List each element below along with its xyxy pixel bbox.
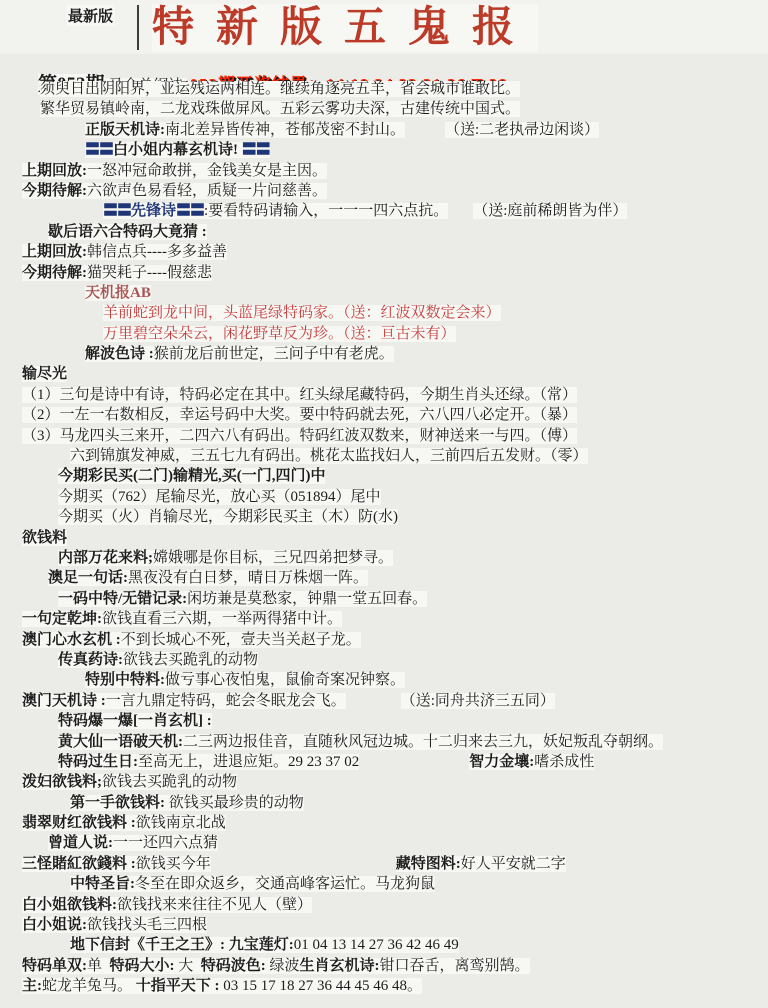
tebie-zhongteliao: 特别中特料:做亏事心夜怕鬼，鼠偷奇案况钟察。 — [0, 670, 768, 690]
text-segment: 欲钱找头毛三四根 — [87, 917, 207, 933]
text-segment: （送:庭前稀朗皆为伴） — [473, 203, 627, 219]
tianji-report-line-2: 万里碧空朵朵云，闲花野草反为珍。（送：亘古未有） — [0, 324, 768, 344]
text-segment: 黄大仙一语破天机: — [58, 734, 183, 750]
text-segment: 主: — [22, 978, 42, 994]
edition-label: 最新版 — [66, 5, 115, 26]
zongwang-poem-line-2: 繁华贸易镇岭南，二龙戏珠做屏风。五彩云雾功夫深，古建传统中国式。 — [0, 99, 768, 119]
xiehouyu-this-issue: 今期待解:猫哭耗子----假慈悲 — [0, 263, 768, 283]
text-segment: 03 15 17 18 27 36 44 45 46 48。 — [220, 978, 423, 994]
diyishou-yuqianliao: 第一手欲钱料: 欲钱买最珍贵的动物 — [0, 793, 768, 813]
five-ghost-report-page: 最新版 特新版五鬼报 第053期 马会总纲诗:052期开奖结果：14 18 24… — [0, 0, 768, 1008]
text-segment: 钳口吞舌，离鸾别鹄。 — [380, 958, 530, 974]
text-segment: 地下信封《千王之王》: — [70, 937, 229, 953]
text-segment: 六欲声色易看轻，质疑一片问慈善。 — [87, 183, 327, 199]
page-title: 特新版五鬼报 — [152, 4, 538, 52]
text-segment: 须臾日出阴阳界，亚运残运两相连。继续角逐亮五羊，省会城市谁敢比。 — [40, 81, 520, 97]
text-segment: 欲钱去买跪乳的动物 — [123, 652, 258, 668]
zongwang-poem-line-1: 须臾日出阴阳界，亚运残运两相连。继续角逐亮五羊，省会城市谁敢比。 — [0, 79, 768, 99]
text-segment: 中特圣旨: — [70, 876, 135, 892]
text-segment: 至高无上，进退应矩。29 23 37 02 — [138, 754, 359, 770]
text-segment: 特码大小: — [110, 958, 175, 974]
text-segment: 欲钱买今年 — [136, 856, 211, 872]
zhengban-tianji-poem: 正版天机诗:南北差异皆传神，苍郁茂密不封山。（送:二老执帚边闲谈） — [0, 120, 768, 140]
element-tip: 今期买（火）肖输尽光，今期彩民买主（木）防(水) — [0, 507, 768, 527]
text-segment: 一一还四六点猜 — [113, 835, 218, 851]
text-segment: 输尽光 — [22, 366, 67, 382]
sanguai-yuqianliao: 三怪賭紅欲錢料 :欲钱买今年藏特图料:好人平安就二字 — [0, 854, 768, 874]
text-segment: （1）三句是诗中有诗，特码必定在其中。红头绿尾藏特码，今期生肖头还绿。（常） — [22, 387, 577, 403]
text-segment: 翡翠财红欲钱料 : — [22, 815, 136, 831]
text-segment: 羊前蛇到龙中间，头蓝尾绿特码家。（送：红波双数定会来） — [103, 305, 501, 321]
xianfeng-poem: 〓〓先锋诗〓〓:要看特码请输入，一一一四六点抗。（送:庭前稀朗皆为伴） — [0, 201, 768, 221]
shujinguang-item-1: （1）三句是诗中有诗，特码必定在其中。红头绿尾藏特码，今期生肖头还绿。（常） — [0, 385, 768, 405]
text-segment: 上期回放: — [22, 163, 87, 179]
text-segment: 韩信点兵----多多益善 — [87, 244, 227, 260]
text-segment: 一句定乾坤: — [22, 611, 102, 627]
text-segment: 做亏事心夜怕鬼，鼠偷奇案况钟察。 — [165, 672, 405, 688]
text-segment: 泼妇欲钱料; — [22, 774, 102, 790]
tema-attributes: 特码单双:单 特码大小: 大 特码波色: 绿波生肖玄机诗:钳口吞舌，离鸾别鹄。 — [0, 956, 768, 976]
text-segment: 天机报AB — [85, 285, 151, 301]
text-segment: （送:二老执帚边闲谈） — [445, 122, 599, 138]
aomen-tianji-poem: 澳门天机诗 :一言九鼎定特码，蛇会冬眠龙会飞。（送:同舟共济三五同） — [0, 691, 768, 711]
text-segment: 欲钱南京北战 — [136, 815, 226, 831]
main-zodiac-numbers: 主:蛇龙羊兔马。 十指平天下 : 03 15 17 18 27 36 44 45… — [0, 976, 768, 996]
last-issue-review: 上期回放:一怒冲冠命敢拼，金钱美女是主因。 — [0, 161, 768, 181]
text-segment: 今期彩民买(二门)输精光,买(一门,四门)中 — [58, 468, 325, 484]
text-segment: 大 — [175, 958, 201, 974]
chuanzhen-yaoshi: 传真药诗:欲钱去买跪乳的动物 — [0, 650, 768, 670]
text-segment: 冬至在即众返乡，交通高峰客运忙。马龙狗鼠 — [135, 876, 435, 892]
feicui-yuqianliao: 翡翠财红欲钱料 :欲钱南京北战 — [0, 813, 768, 833]
text-segment: 猴前龙后前世定，三问子中有老虎。 — [154, 346, 394, 362]
text-segment: 欲钱去买跪乳的动物 — [102, 774, 237, 790]
text-segment: 先锋诗 — [131, 203, 176, 219]
text-segment: 澳门天机诗 : — [22, 693, 106, 709]
text-segment: 黑夜没有白日梦，晴日万株烟一阵。 — [128, 570, 368, 586]
text-segment: 猫哭耗子----假慈悲 — [87, 265, 212, 281]
baixiaojie-xuanji-heading: 〓〓白小姐内幕玄机诗! 〓〓 — [0, 140, 768, 160]
neibu-wanhua: 内部万花来料;嫦娥哪是你目标，三兄四弟把梦寻。 — [0, 548, 768, 568]
text-segment: 内部万花来料; — [58, 550, 153, 566]
tianji-report-heading: 天机报AB — [0, 283, 768, 303]
text-segment: 曾道人说: — [48, 835, 113, 851]
text-segment: 今期买（火）肖输尽光，今期彩民买主（木）防(水) — [58, 509, 398, 525]
yuqianliao-heading: 欲钱料 — [0, 528, 768, 548]
aomen-xinshui: 澳门心水玄机 :不到长城心不死，壹夫当关赵子龙。 — [0, 630, 768, 650]
text-segment: 欲钱直看三六期，一举两得猪中计。 — [102, 611, 342, 627]
text-segment: 三怪賭紅欲錢料 : — [22, 856, 136, 872]
tema-baoyibao-heading: 特码爆一爆[一肖玄机] : — [0, 711, 768, 731]
text-segment: 白小姐内幕玄机诗! — [113, 142, 242, 158]
text-segment: 上期回放: — [22, 244, 87, 260]
text-segment: 南北差异皆传神，苍郁茂密不封山。 — [165, 122, 405, 138]
text-segment: 今期待解: — [22, 183, 87, 199]
text-segment: 万里碧空朵朵云，闲花野草反为珍。（送：亘古未有） — [103, 326, 456, 342]
huangdaxian: 黄大仙一语破天机:二三两边报佳音，直随秋风冠边城。十二归来去三九，妖妃叛乱夺朝纲… — [0, 732, 768, 752]
text-segment: 单 — [87, 958, 110, 974]
dixia-xinfeng: 地下信封《千王之王》: 九宝莲灯:01 04 13 14 27 36 42 46… — [0, 935, 768, 955]
text-segment: （3）马龙四头三来开，二四六八有码出。特码红波双数来，财神送来一与四。（傅） — [22, 428, 577, 444]
text-segment: 欲钱料 — [22, 530, 67, 546]
text-segment: 传真药诗: — [58, 652, 123, 668]
baixiaojie-yuqianliao: 白小姐欲钱料:欲钱找来来往往不见人（壁） — [0, 895, 768, 915]
text-segment: 欲钱找来来往往不见人（壁） — [117, 897, 312, 913]
text-segment: 特码爆一爆[一肖玄机] : — [58, 713, 212, 729]
text-segment: 繁华贸易镇岭南，二龙戏珠做屏风。五彩云雾功夫深，古建传统中国式。 — [40, 101, 520, 117]
text-segment: 今期买（762）尾输尽光，放心买（051894）尾中 — [58, 489, 381, 505]
text-segment: 闲坊兼是莫愁家，钟鼎一堂五回春。 — [187, 591, 427, 607]
shujinguang-extra: 六到锦旗发神威，三五七九有码出。桃花太监找妇人，三前四后五发财。（零） — [0, 446, 768, 466]
text-segment: 十指平天下 : — [136, 978, 220, 994]
text-segment: 白小姐说: — [22, 917, 87, 933]
text-segment: 二三两边报佳音，直随秋风冠边城。十二归来去三九，妖妃叛乱夺朝纲。 — [183, 734, 663, 750]
text-segment: 特码单双: — [22, 958, 87, 974]
text-segment: 〓〓 — [242, 142, 270, 158]
xiehouyu-heading: 歇后语六合特码大竟猜 : — [0, 222, 768, 242]
text-segment: 藏特图料: — [396, 856, 461, 872]
text-segment: 嗜杀成性 — [534, 754, 594, 770]
text-segment: 解波色诗 : — [85, 346, 154, 362]
tema-birthday: 特码过生日:至高无上，进退应矩。29 23 37 02智力金壤:嗜杀成性 — [0, 752, 768, 772]
issue-line: 第053期 马会总纲诗:052期开奖结果：14 18 24 22 31 26 T… — [22, 52, 508, 74]
text-segment: 绿波 — [266, 958, 300, 974]
text-segment: 九宝莲灯: — [229, 937, 294, 953]
text-segment: 澳足一句话: — [48, 570, 128, 586]
shujinguang-item-2: （2）一左一右数相反，幸运号码中大奖。要中特码就去死，六八四八必定开。（暴） — [0, 405, 768, 425]
text-segment: 正版天机诗: — [85, 122, 165, 138]
text-segment: 〓〓 — [176, 203, 204, 219]
yima-zhongte: 一码中特/无错记录:闲坊兼是莫愁家，钟鼎一堂五回春。 — [0, 589, 768, 609]
text-segment: 〓〓 — [103, 203, 131, 219]
text-segment: 不到长城心不死，壹夫当关赵子龙。 — [121, 632, 361, 648]
zengdaoren-says: 曾道人说:一一还四六点猜 — [0, 833, 768, 853]
zhongte-shengzhi: 中特圣旨:冬至在即众返乡，交通高峰客运忙。马龙狗鼠 — [0, 874, 768, 894]
baixiaojie-says: 白小姐说:欲钱找头毛三四根 — [0, 915, 768, 935]
jiebose-poem: 解波色诗 :猴前龙后前世定，三问子中有老虎。 — [0, 344, 768, 364]
text-segment: 嫦娥哪是你目标，三兄四弟把梦寻。 — [153, 550, 393, 566]
report-body: 须臾日出阴阳界，亚运残运两相连。继续角逐亮五羊，省会城市谁敢比。繁华贸易镇岭南，… — [0, 79, 768, 997]
text-segment: （2）一左一右数相反，幸运号码中大奖。要中特码就去死，六八四八必定开。（暴） — [22, 407, 577, 423]
text-segment: 〓〓 — [85, 142, 113, 158]
text-segment: 澳门心水玄机 : — [22, 632, 121, 648]
text-segment: 六到锦旗发神威，三五七九有码出。桃花太监找妇人，三前四后五发财。（零） — [70, 448, 588, 464]
text-segment: 智力金壤: — [469, 754, 534, 770]
text-segment: （送:同舟共济三五同） — [401, 693, 555, 709]
text-segment: 一码中特/无错记录: — [58, 591, 187, 607]
text-segment: 特码波色: — [201, 958, 266, 974]
text-segment: 欲钱买最珍贵的动物 — [169, 795, 304, 811]
this-issue-pending: 今期待解:六欲声色易看轻，质疑一片问慈善。 — [0, 181, 768, 201]
text-segment: 今期待解: — [22, 265, 87, 281]
shujinguang-item-3: （3）马龙四头三来开，二四六八有码出。特码红波双数来，财神送来一与四。（傅） — [0, 426, 768, 446]
tianji-report-line-1: 羊前蛇到龙中间，头蓝尾绿特码家。（送：红波双数定会来） — [0, 303, 768, 323]
tail-tip: 今期买（762）尾输尽光，放心买（051894）尾中 — [0, 487, 768, 507]
xiehouyu-last-issue: 上期回放:韩信点兵----多多益善 — [0, 242, 768, 262]
text-segment: 好人平安就二字 — [461, 856, 566, 872]
text-segment: 第一手欲钱料: — [70, 795, 169, 811]
text-segment: 一怒冲冠命敢拼，金钱美女是主因。 — [87, 163, 327, 179]
text-segment: 蛇龙羊兔马。 — [42, 978, 136, 994]
text-segment: 一言九鼎定特码，蛇会冬眠龙会飞。 — [106, 693, 346, 709]
text-segment: 01 04 13 14 27 36 42 46 49 — [294, 937, 459, 953]
text-segment: :要看特码请输入，一一一四六点抗。 — [204, 203, 448, 219]
pofu-yuqianliao: 泼妇欲钱料;欲钱去买跪乳的动物 — [0, 772, 768, 792]
text-segment: 特码过生日: — [58, 754, 138, 770]
caimin-door-tip: 今期彩民买(二门)输精光,买(一门,四门)中 — [0, 466, 768, 486]
text-segment: 白小姐欲钱料: — [22, 897, 117, 913]
text-segment: 生肖玄机诗: — [300, 958, 380, 974]
yiju-qiankun: 一句定乾坤:欲钱直看三六期，一举两得猪中计。 — [0, 609, 768, 629]
shujinguang-heading: 输尽光 — [0, 364, 768, 384]
text-segment: 特别中特料: — [85, 672, 165, 688]
aozu-yijuhua: 澳足一句话:黑夜没有白日梦，晴日万株烟一阵。 — [0, 568, 768, 588]
title-divider — [137, 5, 139, 50]
text-segment: 歇后语六合特码大竟猜 : — [48, 224, 207, 240]
